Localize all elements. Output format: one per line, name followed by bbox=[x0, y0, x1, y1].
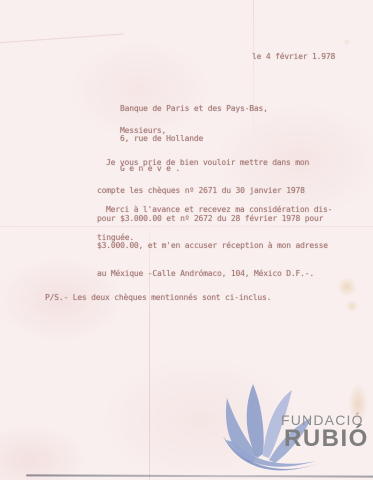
fundacio-rubio-watermark: FUNDACIÓ RUBIÓ bbox=[222, 384, 373, 480]
salutation: Messieurs, bbox=[120, 126, 166, 135]
closing-line: Merci à l'avance et recevez ma considéra… bbox=[106, 205, 332, 214]
watermark-org-name-bold: RUBIÓ bbox=[284, 425, 369, 453]
body-line: Je vous prie de bien vouloir mettre dans… bbox=[106, 158, 328, 167]
letter-date: le 4 février 1.978 bbox=[252, 52, 335, 61]
closing-line: tinguée. bbox=[97, 233, 332, 242]
letter-closing: Merci à l'avance et recevez ma considéra… bbox=[97, 187, 332, 261]
paper-crease bbox=[0, 33, 124, 43]
postscript: P/S.- Les deux chèques mentionnés sont c… bbox=[45, 293, 271, 302]
recipient-line: Banque de Paris et des Pays-Bas, bbox=[120, 104, 268, 114]
body-line: au Méxique -Calle Andrómaco, 104, México… bbox=[97, 269, 328, 278]
scanned-letter-page: le 4 février 1.978 Banque de Paris et de… bbox=[0, 0, 373, 480]
